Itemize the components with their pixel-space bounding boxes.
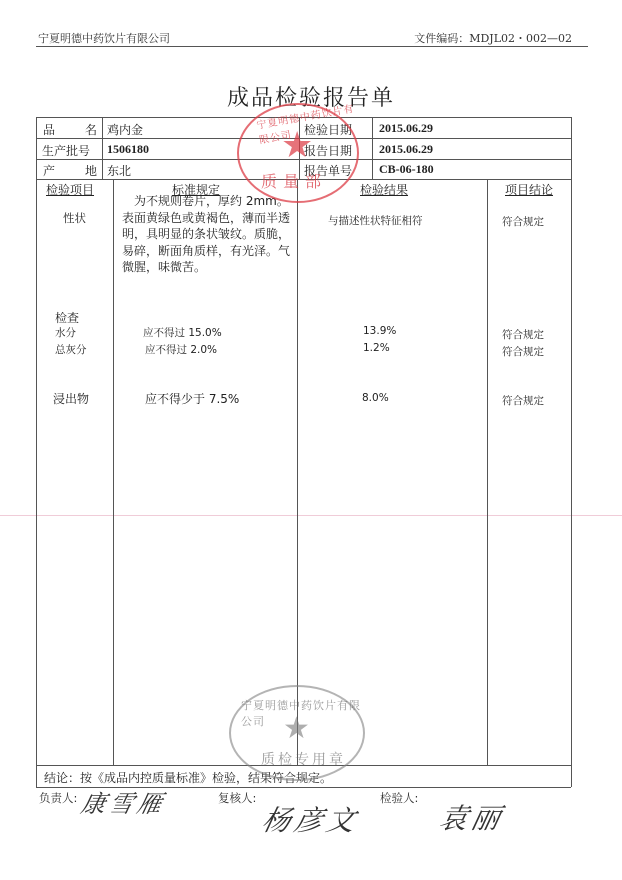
- inspector-signature: 袁丽: [436, 797, 509, 837]
- item-character: 性状: [63, 210, 86, 226]
- label-char: 产: [43, 162, 55, 179]
- responsible-signature: 康雪雁: [78, 784, 169, 819]
- item-moisture: 水分: [55, 325, 76, 340]
- qc-seal-stamp: 宁夏明德中药饮片有限公司 ★ 质检专用章: [229, 685, 365, 781]
- stamp-center-text: 质量部: [261, 169, 327, 192]
- stamp-star-icon: ★: [283, 711, 310, 746]
- batch-label: 生产批号: [42, 142, 90, 159]
- column-header-result: 检验结果: [360, 181, 408, 198]
- item-total-ash: 总灰分: [55, 342, 87, 357]
- standard-moisture: 应不得过 15.0%: [143, 325, 222, 340]
- table-col-divider: [487, 179, 488, 765]
- conclusion-total-ash: 符合规定: [502, 344, 544, 359]
- column-header-item: 检验项目: [46, 181, 94, 198]
- standard-extract: 应不得少于 7.5%: [145, 390, 239, 407]
- table-col-divider: [113, 179, 114, 765]
- conclusion-extract: 符合规定: [502, 393, 544, 408]
- quality-dept-stamp: 宁夏明德中药饮片有限公司 ★ 质量部: [237, 103, 359, 203]
- result-character: 与描述性状特征相符: [328, 213, 423, 228]
- table-border-right: [571, 117, 572, 765]
- inspect-date-value: 2015.06.29: [379, 121, 433, 136]
- stamp-center-text: 质检专用章: [261, 749, 346, 769]
- label-char: 地: [85, 162, 97, 179]
- inspector-label: 检验人:: [380, 790, 418, 806]
- standard-character: 为不规则卷片，厚约 2mm。表面黄绿色或黄褐色，薄而半透明，具明显的条状皱纹。质…: [122, 193, 294, 276]
- item-extract: 浸出物: [53, 390, 89, 407]
- product-name-value: 鸡内金: [107, 121, 143, 138]
- table-col-divider: [297, 179, 298, 765]
- standard-total-ash: 应不得过 2.0%: [145, 342, 217, 357]
- report-no-value: CB-06-180: [379, 162, 434, 177]
- origin-value: 东北: [107, 162, 131, 179]
- table-col-divider: [102, 117, 103, 179]
- conclusion-character: 符合规定: [502, 214, 544, 229]
- result-moisture: 13.9%: [363, 325, 396, 337]
- column-header-conclusion: 项目结论: [505, 181, 553, 198]
- scan-artifact-line: [0, 515, 622, 516]
- table-border-left: [36, 765, 37, 787]
- table-border-left: [36, 117, 37, 765]
- result-extract: 8.0%: [362, 392, 389, 404]
- product-name-label: 品 名: [43, 121, 97, 138]
- reviewer-signature: 杨彦文: [259, 799, 364, 839]
- stamp-star-icon: ★: [281, 125, 313, 166]
- batch-value: 1506180: [107, 142, 149, 157]
- table-border-right: [571, 765, 572, 787]
- reviewer-label: 复核人:: [218, 790, 256, 806]
- report-date-value: 2015.06.29: [379, 142, 433, 157]
- label-char: 名: [85, 121, 97, 138]
- origin-label: 产 地: [43, 162, 97, 179]
- document-code: 文件编码：MDJL02・002—02: [414, 30, 572, 46]
- result-total-ash: 1.2%: [363, 342, 390, 354]
- header-divider: [36, 46, 588, 47]
- table-col-divider: [372, 117, 373, 179]
- check-heading: 检查: [55, 309, 79, 326]
- responsible-label: 负责人:: [39, 790, 77, 806]
- conclusion-moisture: 符合规定: [502, 327, 544, 342]
- label-char: 品: [43, 121, 55, 138]
- company-name: 宁夏明德中药饮片有限公司: [38, 30, 170, 46]
